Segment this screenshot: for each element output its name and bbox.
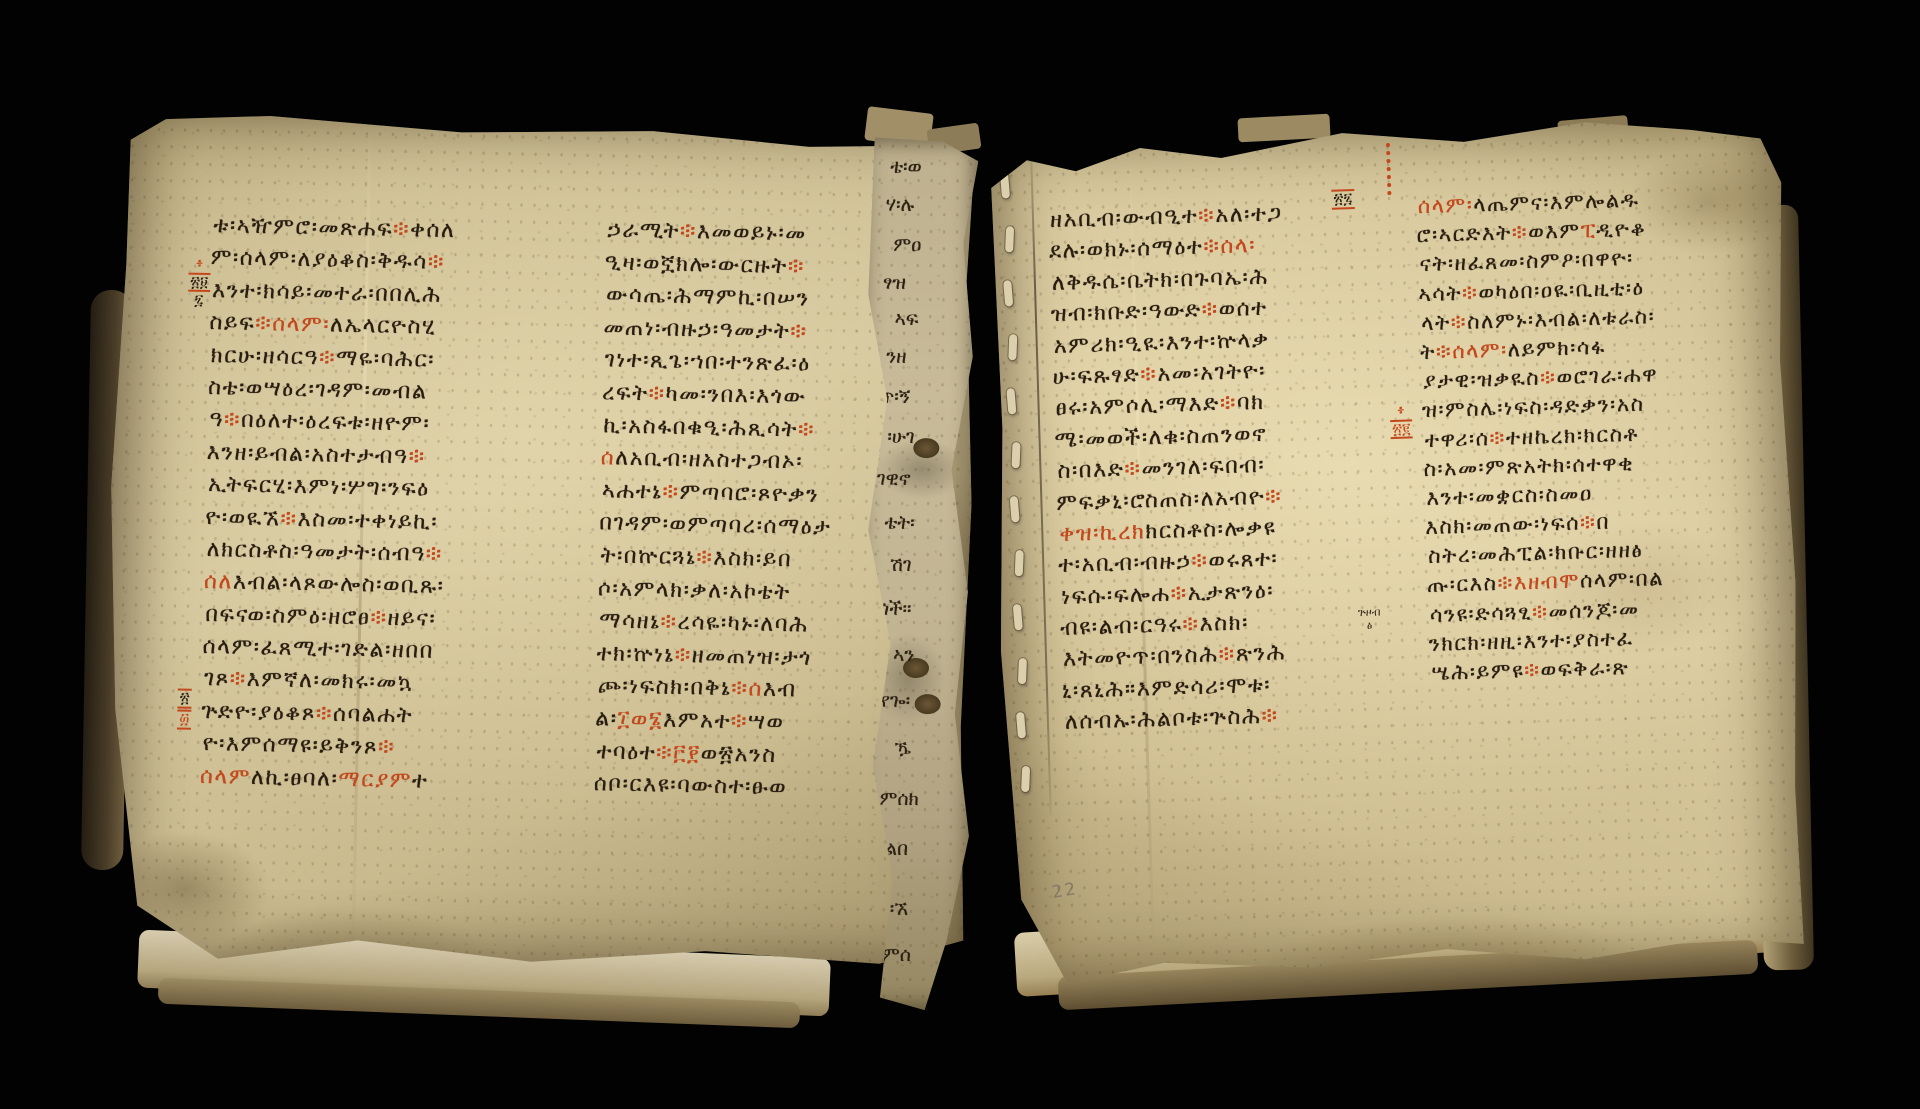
red-dot-ornament [1386, 143, 1392, 195]
text-run: ሤሕ፡ይምዩ [1431, 658, 1524, 685]
red-dot [1386, 143, 1390, 147]
text-run: ቱ፡ኣዥምሮ፡መጽሐፍ [213, 213, 393, 242]
text-run: ናት፡ዘፈጸመ፡ስምዖ፡በዋዮ፡ [1419, 246, 1634, 276]
margin-note: ፥፳፪ [1390, 402, 1413, 440]
text-run: ፨ [378, 735, 396, 760]
text-run: ፨ [788, 254, 806, 279]
text-run: ፀሩ፡አምሶሊ፡ማእድ [1055, 391, 1220, 421]
text-run: ፨ [224, 408, 242, 433]
text-run: ሰላም፡በል [1580, 566, 1665, 592]
stitch-thread [1010, 496, 1020, 523]
text-run: ሁ፡ፍጹፃድ [1052, 362, 1140, 390]
text-line: ኃራሚት፨እመወይኑ፡መ [607, 214, 894, 253]
text-run: ት [1420, 340, 1436, 364]
text-run: ዘአቢብ፡ውብዒተ [1050, 204, 1199, 233]
text-run: ንክርክ፡ዘዚ፡እንተ፡ያስተፈ [1428, 626, 1634, 656]
text-run: ፫፻ [673, 740, 701, 766]
stitch-thread [1012, 442, 1021, 468]
text-run: ፨ [1462, 280, 1479, 304]
text-run: አመ፡አገትዮ፡ [1157, 359, 1266, 387]
text-run: ፨ [1220, 391, 1238, 416]
text-run: ኣሳት [1418, 280, 1462, 305]
text-run: ነፍሱ፡ፍሎሐ [1061, 581, 1171, 609]
text-run: ፨ [648, 381, 666, 406]
margin-token: ፥ [189, 257, 211, 272]
text-run: ወካዕበ፡ዐዪ፡ቢዚቲ፡ዕ [1478, 275, 1645, 304]
text-run: ፨ [229, 667, 247, 692]
text-line: ኣሐተኔ፨ምጣባሮ፡ጾዮቃን [602, 475, 891, 514]
text-run: ፨ [731, 709, 749, 734]
text-run: ዘመጠነዝ፡ታጎ [691, 643, 812, 671]
margin-token: ፯ [188, 293, 210, 309]
text-run: ተክ፡ኵነኔ [596, 641, 675, 668]
margin-token: ፳፪ [1390, 419, 1412, 439]
text-run: ለኪ፡ፀባለ፡ [251, 765, 339, 792]
text-run: ም፡ሰላም፡ለያዕቆስ፡ቅዱሳ [211, 245, 429, 275]
text-run: ጮ፡ነፍስክ፡በቅኔ [598, 674, 732, 702]
text-run: ሰባልሐት [333, 702, 413, 729]
text-line: ት፡በኵርጓኔ፨እስክ፡ይበ [600, 540, 889, 579]
red-dot [1387, 175, 1391, 179]
text-run: ወሰተ [1218, 296, 1268, 322]
text-run: እብ [763, 677, 797, 703]
stub-text-fragment: ሽገ [890, 554, 912, 576]
text-run: ፨ [1532, 599, 1549, 623]
text-run: ፨ [1261, 704, 1279, 729]
text-run: ጡ፡ርእስ [1427, 571, 1498, 597]
pencil-folio-number: 22 [1050, 879, 1079, 903]
text-run: ፨ [1524, 658, 1541, 682]
text-run: ሰ [748, 677, 763, 702]
binding-thread-knot [913, 438, 939, 458]
text-line: ተባዕተ፨፫፻ወ፳አንስ [596, 736, 885, 775]
stitch-thread [1013, 604, 1023, 631]
text-run: ፨ [662, 479, 680, 504]
text-run: ዘይና፡ [387, 606, 436, 632]
text-run: ወሮገራ፡ሐዋ [1556, 362, 1658, 389]
text-run: በፍናወ፡ስምዕ፡ዘሮፀ [205, 602, 371, 630]
margin-token: ጕዞብ [1358, 606, 1381, 618]
text-run: ክርስቶስ፡ሎቃዩ [1145, 515, 1277, 544]
left-page-column-2: ኃራሚት፨እመወይኑ፡መዒዛ፡ወኟክሎ፡ውርዙት፨ውሳጤ፡ሕማምኪ፡በሠንመጠነ… [594, 214, 894, 807]
text-run: እምአተ [663, 708, 731, 734]
text-run: ላት [1421, 310, 1451, 335]
text-line: ውሳጤ፡ሕማምኪ፡በሠን [606, 280, 894, 319]
text-run: ኣሐተኔ [602, 478, 663, 504]
text-run: ፨ [790, 319, 808, 344]
stub-text-fragment: ምዐ [893, 234, 921, 256]
text-run: እንተ፡መቋርስ፡ስመዐ [1426, 481, 1593, 510]
text-run: በገዳም፡ወምጣባረ፡ሰማዕታ [599, 511, 832, 541]
red-dot [1387, 167, 1391, 171]
text-run: ላጤምና፡እምሎልዱ [1473, 188, 1640, 217]
text-run: መጠነ፡ብዙኃ፡ዓመታት [603, 315, 790, 344]
margin-token: ፳ [177, 688, 192, 708]
stitch-thread [1015, 550, 1024, 576]
text-run: ቀዝ፡ኪረክ [1059, 519, 1146, 547]
text-run: እንዘ፡ይብል፡አስተታብዓ [207, 440, 409, 469]
text-run: እስክ፡መጠው፡ነፍሰ [1425, 511, 1580, 540]
text-run: አምሪክ፡ዒዪ፡እንተ፡ኵላቃ [1053, 327, 1270, 358]
text-run: ስትረ፡መሕፒል፡ክቡር፡ዘዘፅ [1428, 538, 1644, 568]
right-page-column-2: ሰላም፡ላጤምና፡እምሎልዱሮ፡ኣርድእት፨ወእምፒዲዮቆናት፡ዘፈጸመ፡ስምዖ… [1415, 183, 1746, 688]
text-run: ብዩ፡ልብ፡ርዓሩ [1060, 612, 1183, 641]
text-run: ፨ [1218, 642, 1236, 667]
text-run: ሣወ [748, 709, 785, 735]
text-run: ፨ [731, 676, 749, 701]
stub-text-fragment: ፃዝ [883, 272, 906, 294]
text-run: ፨ [255, 311, 273, 336]
text-run: ፨ [280, 506, 298, 531]
text-run: በዕለተ፡ዕረፍቱ፡ዘዮም፡ [241, 408, 431, 437]
text-run: ፨ [656, 740, 674, 765]
red-dot [1387, 183, 1391, 187]
text-run: ሰላም፡ [1417, 193, 1473, 219]
stitch-thread [1018, 658, 1027, 684]
text-run: እመወይኑ፡መ [697, 219, 807, 246]
text-run: ፨ [1489, 425, 1506, 449]
text-run: ወ፳አንስ [701, 741, 777, 768]
text-run: ፨ [1198, 203, 1216, 228]
text-run: ዝ፡ምስሌ፡ነፍስ፡ዳድቃን፡አስ [1422, 392, 1645, 423]
stitch-thread [1016, 712, 1026, 739]
text-run: ፨ [393, 217, 411, 242]
text-run: መንገለ፡ፍበብ፡ [1141, 453, 1265, 482]
text-run: ማዬ፡ባሕር፡ [336, 345, 435, 372]
text-run: ተዋሪ፡ሰ [1424, 426, 1489, 452]
stitch-thread [1000, 172, 1010, 199]
text-run: ፨ [319, 345, 337, 370]
text-run: ሰላ፡ [1220, 233, 1256, 259]
text-run: ፨ [1450, 310, 1467, 334]
text-run: ምፍቃኒ፡ሮስጠስ፡ለአብዮ [1056, 484, 1265, 515]
text-run: ኪ፡አስፋበቁዒ፡ሕጺሳት [603, 413, 798, 442]
margin-token: ፅ [1358, 619, 1381, 631]
text-run: ፨ [798, 417, 816, 442]
margin-note: ጕዞብፅ [1358, 605, 1381, 632]
text-run: ፨ [1580, 510, 1597, 534]
text-run: ማርያም [338, 766, 412, 793]
text-run: መሰንጆ፡መ [1548, 596, 1640, 623]
left-page-margin-notes [114, 86, 984, 104]
text-line: ማሳዘኔ፨ረሳዬ፡ካኑ፡ለባሕ [599, 605, 888, 644]
margin-note: ፳፴ [177, 687, 192, 730]
text-run: ፨ [1170, 581, 1188, 606]
gutter-stitches [977, 93, 1787, 117]
margin-token: ፳፱ [188, 272, 210, 292]
text-run: ደሉ፡ወክኑ፡ሰማዕተ [1049, 235, 1204, 265]
text-run: ውሳጤ፡ሕማምኪ፡በሠን [606, 283, 810, 312]
margin-token: ፥ [1390, 403, 1412, 418]
text-run: ዲዮቆ [1596, 217, 1647, 242]
text-run: ፨ [1436, 339, 1453, 363]
text-run: ቀሰለ [410, 217, 456, 243]
stitch-thread [1003, 280, 1013, 307]
text-run: በ [1596, 510, 1610, 534]
text-run: እስክ፡ [1199, 610, 1249, 636]
text-run: እስክ፡ይበ [713, 546, 792, 573]
text-run: ሰላም [200, 764, 252, 790]
text-run: ፨ [1124, 457, 1142, 482]
text-run: እንተ፡ክሳይ፡መተራ፡በበሊሕ [212, 278, 442, 308]
text-run: ፨ [1182, 612, 1200, 637]
text-run: አለ፡ተጋ [1215, 201, 1283, 228]
text-run: ተባዕተ [596, 739, 656, 765]
text-run: ኢትፍርሂ፡እምነ፡ሦግ፡ንፍዕ [208, 472, 430, 502]
text-run: ሰላም፡ [1452, 338, 1508, 364]
text-run: ፨ [696, 545, 714, 570]
margin-token: ፳፯ [1331, 189, 1354, 209]
text-run: ፨ [408, 444, 426, 469]
stub-text-fragment: ቴት፡ [884, 512, 914, 534]
text-run: ፨ [1191, 549, 1209, 574]
text-run: ኃራሚት [607, 217, 680, 244]
text-run: ፨ [1497, 571, 1514, 595]
text-run: ፨ [1203, 234, 1221, 259]
stub-text-fragment: ዄ [894, 738, 911, 760]
text-run: ፨ [1540, 365, 1557, 389]
text-run: ስ፡አመ፡ምጽአትክ፡ሰተዋቂ [1423, 451, 1634, 481]
text-run: ካመ፡ንበእ፡እጎው [665, 382, 806, 410]
stub-text-fragment: ሃ፡ሉ [886, 194, 914, 216]
text-run: ዒዛ፡ወኟክሎ፡ውርዙት [605, 250, 789, 279]
text-run: ኢታጽንዕ፡ [1187, 578, 1274, 606]
text-run: ሮ፡ኣርድእት [1416, 221, 1512, 248]
text-run: ሳንዩ፡ድሳጓፂ [1430, 600, 1533, 627]
text-run: ፨ [1511, 220, 1528, 244]
text-run: እምኛለ፡መክሩ፡መኳ [247, 667, 414, 695]
left-page-column-1: ቱ፡ኣዥምሮ፡መጽሐፍ፨ቀሰለም፡ሰላም፡ለያዕቆስ፡ቅዱሳ፨እንተ፡ክሳይ፡መ… [200, 210, 578, 801]
text-run: ለሰብኡ፡ሕልቦቱ፡ጕስሕ [1065, 704, 1262, 735]
margin-token: ፴ [177, 709, 192, 729]
margin-note [1386, 139, 1392, 199]
red-dot [1386, 151, 1390, 155]
text-run: ሶ፡አምላክ፡ቃለ፡አኮቴት [598, 576, 791, 605]
stub-text-fragment: ኣን [893, 644, 914, 666]
stub-text-fragment: ፡ሁገ [887, 426, 914, 448]
text-run: ጽንሕ [1235, 641, 1286, 667]
text-run: ሰ [600, 445, 615, 470]
text-line: ጮ፡ነፍስክ፡በቅኔ፨ሰእብ [598, 671, 887, 710]
text-run: ክርሁ፡ዘሳርዓ [211, 343, 320, 370]
text-run: ለክርስቶስ፡ዓመታት፡ሰብዓ [206, 537, 426, 567]
torn-parchment-tab [1237, 114, 1330, 143]
text-run: ወፍቅራ፡ጽ [1540, 655, 1629, 682]
text-run: ፨ [1140, 362, 1158, 387]
text-run: ሰለ [204, 569, 234, 595]
text-run: ፨ [316, 701, 334, 726]
text-run: ዮ፡ወዪኧ [205, 505, 281, 532]
text-run: ረሳዬ፡ካኑ፡ለባሕ [677, 610, 809, 638]
red-dot [1386, 159, 1390, 163]
text-run: ያታዊ፡ዝቃዪስ [1423, 366, 1541, 393]
text-run: ለኤላርዮስሂ [330, 313, 437, 340]
text-run: ጕድዮ፡ያዕቆጾ [201, 699, 316, 726]
stub-text-fragment: ኣፍ [895, 308, 919, 330]
text-run: ፨ [1265, 484, 1283, 509]
text-line: ሰቦ፡ርእዩ፡ባውስተ፡ፁወ [594, 768, 883, 807]
text-run: ኒ፡ጸኒሕ።እምድሳሪ፡ሞቱ፡ [1062, 673, 1272, 704]
text-line: ኪ፡አስፋበቁዒ፡ሕጺሳት፨ [603, 410, 892, 449]
text-run: ፨ [1201, 297, 1219, 322]
text-run: ለይምክ፡ሳፋ [1507, 335, 1606, 362]
text-run: ፨ [426, 542, 444, 567]
left-page: ቱ፡ኣዥምሮ፡መጽሐፍ፨ቀሰለም፡ሰላም፡ለያዕቆስ፡ቅዱሳ፨እንተ፡ክሳይ፡መ… [96, 86, 984, 994]
stub-text-fragment: ምሰክ [880, 788, 919, 810]
text-run: ምጣባሮ፡ጾዮቃን [679, 480, 819, 508]
text-run: ወእም [1528, 219, 1581, 245]
text-run: ሰቦ፡ርእዩ፡ባውስተ፡ፁወ [594, 771, 788, 800]
text-run: ፨ [660, 610, 678, 635]
text-run: ሜ፡መወች፡ለቁ፡ስጠንወኖ [1054, 421, 1267, 452]
stitch-thread [1008, 334, 1017, 360]
text-run: ገጾ [204, 666, 230, 692]
text-run: እስመ፡ተቀነይኪ፡ [297, 506, 438, 534]
text-run: ሰላም፡ፈጸሚተ፡ገድል፡ዘበበ [202, 634, 434, 664]
manuscript-photo: ቱ፡ኣዥምሮ፡መጽሐፍ፨ቀሰለም፡ሰላም፡ለያዕቆስ፡ቅዱሳ፨እንተ፡ክሳይ፡መ… [0, 0, 1920, 1109]
text-run: ገነተ፡ጺጌ፡ኀበ፡ተንጽፈ፡ዕ [605, 348, 811, 377]
text-run: ት፡በኵርጓኔ [600, 543, 696, 570]
text-run: እትመዮጥ፡በንስሕ [1063, 643, 1219, 673]
right-page-margin-notes [977, 93, 1787, 117]
text-run: ለቅዱሴ፡ቤትክ፡በጉባኤ፡ሕ [1052, 264, 1270, 295]
text-run: እዘብሞ [1514, 569, 1581, 595]
text-run: ባክ [1237, 390, 1265, 416]
red-dot [1387, 191, 1391, 195]
text-run: ማሳዘኔ [599, 608, 661, 634]
text-run: ተ [412, 768, 429, 793]
text-run: ዮ፡እምሰማዩ፡ይቅንጾ [202, 731, 378, 760]
text-run: ፨ [680, 219, 698, 244]
stitch-thread [1006, 388, 1016, 415]
text-run: ፲ወ፮ [617, 707, 663, 733]
text-run: ፨ [674, 643, 692, 668]
text-run: ሰላም፡ [272, 312, 330, 338]
text-run: ለአቢብ፡ዘአስተጋብኦ፡ [615, 446, 803, 475]
stub-text-fragment: የጐ፡ [881, 690, 911, 712]
text-run: ስቴ፡ወሣዕረ፡ገዳም፡መብል [208, 375, 428, 405]
text-run: ዝብ፡ክቡድ፡ዓውድ [1050, 298, 1202, 327]
stub-text-fragment: ምሰ [882, 944, 911, 966]
stitch-thread [1005, 226, 1014, 252]
margin-note: ፥፳፱፯ [188, 256, 211, 311]
stub-text-fragment: ንዘ [886, 346, 907, 368]
stub-text-fragment: ገዊኖ [877, 468, 911, 490]
right-page: ዘአቢብ፡ውብዒተ፨አለ፡ተጋደሉ፡ወክኑ፡ሰማዕተ፨ሰላ፡ለቅዱሴ፡ቤትክ፡በ… [977, 93, 1813, 1007]
text-run: ዓ [209, 407, 224, 432]
stitch-thread [1021, 766, 1030, 792]
text-run: ተዘኬረክ፡ክርስቶ [1506, 421, 1640, 449]
margin-note: ፳፯ [1331, 188, 1354, 210]
text-run: ረፍት [602, 380, 649, 406]
text-run: እብል፡ላጾውሎስ፡ወቢጹ፡ [233, 570, 445, 599]
text-run: ፨ [428, 250, 446, 275]
text-run: ፨ [370, 605, 388, 630]
text-run: ስለምኑ፡እብል፡ለቱራስ፡ [1467, 304, 1656, 334]
text-run: ወሩጸተ፡ [1208, 547, 1279, 574]
text-run: ፒ [1580, 218, 1596, 242]
stub-text-fragment: ቴ፡ወ [890, 156, 922, 178]
text-run: ስይፍ [209, 310, 255, 336]
right-page-column-1: ዘአቢብ፡ውብዒተ፨አለ፡ተጋደሉ፡ወክኑ፡ሰማዕተ፨ሰላ፡ለቅዱሴ፡ቤትክ፡በ… [1048, 195, 1402, 738]
text-run: ል፡ [595, 706, 618, 731]
binding-thread-knot [915, 694, 941, 714]
text-line: ገነተ፡ጺጌ፡ኀበ፡ተንጽፈ፡ዕ [604, 345, 893, 384]
text-run: ስ፡በእድ [1057, 457, 1125, 484]
text-run: ተ፡አቢብ፡ብዙኃ [1058, 549, 1192, 578]
